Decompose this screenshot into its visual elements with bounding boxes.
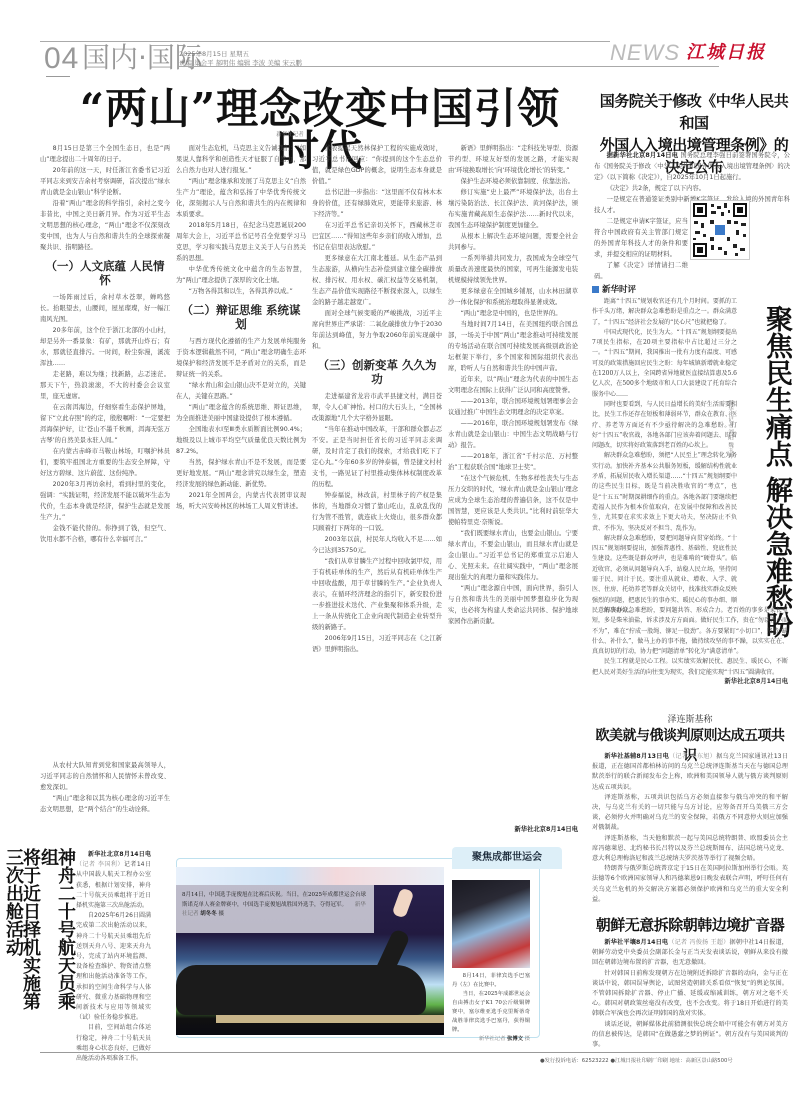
paragraph: ——2016年，联合国环境规划署发布《绿水青山就是金山银山：中国生态文明战略与行… xyxy=(448,418,578,451)
paragraph: “我们既要绿水青山，也要金山银山。宁要绿水青山，不要金山银山，而且绿水青山就是金… xyxy=(448,528,578,583)
paragraph: “万物各得其和以生，各得其养以成。” xyxy=(176,286,306,297)
qr-code-icon[interactable] xyxy=(690,200,750,260)
commentary-body-wide: 解决群众急难愁盼，要问题共答、形成合力。老百姓的事多是家长里短，多是柴米油盐，诉… xyxy=(592,606,788,678)
paragraph: 走进福建省龙岩市武平县捷文村，满目苍翠，令人心旷神怡。村口的大石头上，“全国林改… xyxy=(312,391,442,424)
snooker-caption-text: 8月14日，中国选手庞俊旭在比赛后庆祝。当日，在2025年成都世运会台球斯诺克单… xyxy=(182,892,366,908)
paragraph: 据新华社北京8月14日电 国务院总理李强日前签署国务院令，公布《国务院关于修改〈… xyxy=(594,150,790,183)
ukraine-body: 新华社基辅8月13日电（记者 李东旭）据乌克兰国家通讯社13日报道，正在德国首都… xyxy=(592,752,788,905)
paragraph: 一系列举措共同发力，我国成为全球空气质量改善速度最快的国家，可再生能源发电装机规… xyxy=(448,253,578,286)
ukraine-lead: 新华社基辅8月13日电 xyxy=(604,753,669,760)
paragraph: “当年在推动中国改革，干部和群众都忐忑不安。正是当时担任省长的习近平同志来调研，… xyxy=(312,424,442,490)
paragraph: ——2018年，浙江省“千村示范、万村整治”工程获联合国“地球卫士奖”。 xyxy=(448,451,578,473)
paragraph: 修订实施“史上最严”环境保护法，出台土壤污染防治法、长江保护法、黄河保护法，颁布… xyxy=(448,187,578,231)
paragraph: “两山”理念是中国的，也是世界的。 xyxy=(448,308,578,319)
kickboxing-caption: 8月14日，菲律宾选手巴塞丹（左）在比赛中。 当日，在2025年成都世运会自由搏… xyxy=(452,972,530,1044)
paragraph: 面对生态危机，马克思主义告诫我们：“如果说人靠科学和创造性天才征服了自然力，那么… xyxy=(176,143,306,176)
shenzhou-headline-col-1: 神舟二十号航天员乘组 xyxy=(40,848,74,1023)
page-number-underline xyxy=(46,76,70,77)
shenzhou-headline: 神舟二十号航天员乘组 将于近日择机实施第三次出舱活动 xyxy=(40,848,74,1023)
credit-prefix: 新华社记者 xyxy=(479,1036,506,1042)
paragraph-text: 记者14日从中国载人航天工程办公室获悉，根据计划安排，神舟二十号航天员乘组将于近… xyxy=(76,861,151,909)
main-article-column-3: 代表提起天然林保护工程的实施成效时，习近平总书记回应：“你提到的这个生态总价值，… xyxy=(312,143,442,838)
footer-info: ●发行投诉电话：62523222 ●江城日报社印刷厂印刷 地址：高新区景山路50… xyxy=(540,1056,733,1064)
paragraph: 新华社平壤8月14日电（记者 冯俊扬 王超）据朝中社14日报道，朝鲜劳动党中央委… xyxy=(592,938,788,969)
nk-lead: 新华社平壤8月14日电 xyxy=(604,939,668,946)
paragraph: 特朗普与俄罗斯总统普京定于15日在美国阿拉斯加州举行会晤。英法德等6个欧洲国家领… xyxy=(592,864,788,905)
paragraph: 二是规定申请K字签证，应当符合中国政府有关主管部门规定的外国青年科技人才的条件和… xyxy=(594,216,688,260)
nk-reporter: （记者 冯俊扬 王超） xyxy=(668,939,729,946)
main-article-dateline: 新华社北京8月14日电 xyxy=(448,824,578,833)
paragraph: 2006年9月15日，习近平同志在《之江新语》里鲜明指出。 xyxy=(312,633,442,655)
ukraine-reporter: （记者 李东旭） xyxy=(669,753,716,760)
paragraph: 了解《决定》详情请扫二维码。 xyxy=(594,260,688,282)
paragraph: 全国地表水Ⅰ至Ⅲ类水质断面比例90.4%；地级及以上城市平均空气质量优良天数比例… xyxy=(176,424,306,457)
paragraph: 走老路，难以为继；找新路，忐忑迷茫。那天下午，热浪滚滚，不大的村委会会议室里，座… xyxy=(40,369,170,402)
paragraph: 当日，在2025年成都世运会自由搏击女子K1 70公斤级铜牌赛中，塞尔维亚选手克… xyxy=(452,990,530,1035)
page-number: 04 xyxy=(44,44,79,74)
paragraph: “在这个气候危机、生物多样性丧失与生态压力交织的时代，‘绿水青山就是金山银山’理… xyxy=(448,473,578,528)
shenzhou-body: 新华社北京8月14日电（记者 李国利）记者14日从中国载人航天工程办公室获悉，根… xyxy=(76,850,151,1064)
paragraph: 针对韩国日前称发现朝方在边境附近拆除扩音器的动向，金与正在谈话中说，韩国误导舆论… xyxy=(592,969,788,1020)
main-article-column-1-end: 从农村大队知青到党和国家最高领导人，习近平同志的自然情怀和人民情怀未曾改变、愈发… xyxy=(40,760,170,838)
commentary-tag-label: 新华时评 xyxy=(602,283,636,295)
shenzhou-headline-col-2: 将于近日择机实施第三次出舱活动 xyxy=(5,848,39,1023)
paragraph: 从农村大队知青到党和国家最高领导人，习近平同志的自然情怀和人民情怀未曾改变、愈发… xyxy=(40,760,170,793)
paragraph: 20多年前，这个位于浙江北部的小山村，却是另外一番景象：有矿，那就开山炸石；有水… xyxy=(40,325,170,369)
paragraph: “两山”理念继承和发展了马克思主义“自然生产力”理论，蕴含和弘扬了中华优秀传统文… xyxy=(176,176,306,220)
paragraph: 在云南洱海边，仔细察看生态保护屏地，留下“立此存照”的约定，殷殷嘱咐：“一定要把… xyxy=(40,402,170,446)
world-games-tab: 聚焦成都世运会 xyxy=(452,847,562,869)
decree-lead: 据新华社北京8月14日电 xyxy=(607,152,679,159)
commentary-dateline: 新华社北京8月14日电 xyxy=(592,676,788,685)
paragraph: 泽连斯基称，当天他和默茨一起与美国总统特朗普、欧盟委员会主席冯德莱恩、北约秘书长… xyxy=(592,834,788,865)
paragraph: 距离“十四五”规划收官还有几个月时间。要抓的工作千头万绪，解决群众急难愁盼是重点… xyxy=(592,297,737,328)
credit-name: 张博文 xyxy=(507,1036,523,1042)
snooker-credit-name: 胡冬冬 xyxy=(200,911,217,917)
paragraph: 保护生态环境必须依靠制度、依靠法治。 xyxy=(448,176,578,187)
commentary-tag: 新华时评 xyxy=(592,283,636,295)
kickboxing-photo xyxy=(452,880,530,968)
paragraph: 总书记进一步指出：“这里面不仅有林木本身的价值，还有绿肺效应，更能带来旅游、林下… xyxy=(312,187,442,220)
section-heading: （一）人文底蕴 人民情怀 xyxy=(40,259,170,287)
paragraph: 新华社基辅8月13日电（记者 李东旭）据乌克兰国家通讯社13日报道，正在德国首都… xyxy=(592,752,788,793)
main-article-column-4: 新语》里鲜明指出：“走科技先导型、资源节约型、环境友好型的发展之路，才能实现由‘… xyxy=(448,143,578,838)
paragraph: 民生工程就是民心工程。以实绩实效解民忧、惠民生、暖民心，不断把人民对美好生活的向… xyxy=(592,657,788,678)
paragraph: 当然，保护绿水青山不是不发展，而是要更好地发展。“两山”理念讲究以绿生金，塑造经… xyxy=(176,457,306,490)
snooker-caption: 8月14日，中国选手庞俊旭在比赛后庆祝。当日，在2025年成都世运会台球斯诺克单… xyxy=(176,885,374,933)
paragraph: 泽连斯基称，五项共识包括乌方必须直接参与俄乌冲突的和平解决，与乌克兰有关的一切只… xyxy=(592,793,788,834)
paragraph: 新华社北京8月14日电（记者 李国利）记者14日从中国载人航天工程办公室获悉，根… xyxy=(76,850,151,911)
paragraph: “我们从草甘膦生产过程中回收氯甲烷，用于有机硅单体的生产，然后从有机硅单体生产中… xyxy=(312,556,442,633)
paragraph: 金钱不能代替的。你挣到了钱，但空气、饮用水都不合格，哪有什么幸福可言。” xyxy=(40,523,170,545)
paragraph: 更多绿意在全国城乡铺展，山水林田湖草沙一体化保护和系统治理取得显著成效。 xyxy=(448,286,578,308)
paragraph: 同时也要看到，与人民日益增长的美好生活需要相比，民生工作还存在短板和薄弱环节，群… xyxy=(592,400,737,451)
shenzhou-lead: 新华社北京8月14日电 xyxy=(88,851,151,858)
issue-date: 2025年8月15日 星期五 xyxy=(179,50,249,58)
section-heading: （三）创新变革 久久为功 xyxy=(312,358,442,386)
decree-headline-line-1: 国务院关于修改《中华人民共和国 xyxy=(596,90,792,134)
paragraph: “两山”理念蕴含的系统思维、辩证思维，为全面推进美丽中国建设提供了根本遵循。 xyxy=(176,402,306,424)
news-logo: NEWS xyxy=(610,42,680,64)
paragraph: 一场阵雨过后，余村草木苍翠，蝉鸣悠长。抬眼望去，山腰间，屋星璨璨，好一幅江南风光… xyxy=(40,292,170,325)
commentary-headline: 聚焦民生痛点 解决急难愁盼 xyxy=(742,305,792,638)
paragraph: 20年前的这一天，时任浙江省委书记习近平同志来到安吉余村考察调研，首次提出“绿水… xyxy=(40,165,170,198)
victory-hand xyxy=(392,887,415,918)
commentary-byline: 新华社记者 刘阳 魏玉坤 xyxy=(727,400,733,459)
player-figure xyxy=(176,965,426,1015)
masthead-bottom-rule xyxy=(179,66,719,67)
paragraph: 在内蒙古赤峰市马鞍山林场，叮嘱护林员们，要筑牢祖国北方重要的生态安全屏障，守好这… xyxy=(40,446,170,479)
paragraph: 2018年5月18日，在纪念马克思诞辰200周年大会上，习近平总书记号召全党要学… xyxy=(176,220,306,264)
paragraph: 《决定》共2条，规定了以下内容。 xyxy=(594,183,790,194)
paragraph: 2003年以前，村民年人均收入不足……如今已达到35750元。 xyxy=(312,534,442,556)
paragraph: 2021年全国两会，内蒙古代表团审议现场，听大兴安岭林区的林场工人周义哲讲述。 xyxy=(176,490,306,512)
bottom-rule xyxy=(40,1052,720,1053)
north-korea-body: 新华社平壤8月14日电（记者 冯俊扬 王超）据朝中社14日报道，朝鲜劳动党中央委… xyxy=(592,938,788,1050)
paragraph: 中国式现代化，民生为大。“十四五”规划纲要提出7项民生指标，在20项主要指标中占… xyxy=(592,328,737,400)
paragraph: 沿着“两山”理念的科学指引，余村之变今非昔比，中国之美日新月异。作为习近平生态文… xyxy=(40,198,170,253)
credit-suffix: 摄 xyxy=(525,1036,530,1042)
paragraph: 当地时间7月14日，在美国纽约联合国总部，一场关于中国“两山”理念推动可持续发展… xyxy=(448,319,578,374)
paragraph: 解决群众急难愁盼，要把问题导向贯穿始终。“十四五”规划纲要提出，加强普惠性、基础… xyxy=(592,534,737,616)
newspaper-brand-logo: 江城日报 xyxy=(686,44,766,62)
paragraph: “两山”理念和以其为核心理念的习近平生态文明思想，是“两个结合”的生动诠释。 xyxy=(40,793,170,815)
paragraph: 8月15日是第三个全国生态日，也是“两山”理念提出二十周年的日子。 xyxy=(40,143,170,165)
paragraph: ——2013年，联合国环境规划署理事会会议通过推广中国生态文明理念的决定草案。 xyxy=(448,396,578,418)
paragraph: 近年来，以“两山”理念为代表的中国生态文明理念在国际上获得广泛认同和高度赞誉。 xyxy=(448,374,578,396)
paragraph: “绿水青山和金山银山决不是对立的，关键在人，关键在思路。” xyxy=(176,380,306,402)
photo-banner xyxy=(176,867,444,885)
paragraph: 在习近平总书记亲切关怀下，西藏林芝市巴宜区……“得知这些年乡亲们的收入增加，总书… xyxy=(312,220,442,253)
paragraph: 解决群众急难愁盼，要问题共答、形成合力。老百姓的事多是家长里短，多是柴米油盐，诉… xyxy=(592,606,788,657)
kickboxing-credit: 新华社记者 张博文 摄 xyxy=(452,1035,530,1044)
shenzhou-reporter: （记者 李国利） xyxy=(76,861,124,868)
paragraph: 2020年3月再访余村，看到村里的变化，强调：“实践证明，经济发展不能以破坏生态… xyxy=(40,479,170,523)
section-heading: （二）辩证思维 系统谋划 xyxy=(176,303,306,331)
main-article-column-2: 面对生态危机，马克思主义告诫我们：“如果说人靠科学和创造性天才征服了自然力，那么… xyxy=(176,143,306,838)
snooker-table-edge xyxy=(216,1015,444,1023)
paragraph: 从根本上解决生态环境问题，需要全社会共同参与。 xyxy=(448,231,578,253)
paragraph: 与西方现代化遵循的生产力发展单纯服务于资本逻辑截然不同，“两山”理念明确生态环境… xyxy=(176,336,306,380)
main-article-column-1: 8月15日是第三个全国生态日，也是“两山”理念提出二十周年的日子。 20年前的这… xyxy=(40,143,170,749)
north-korea-headline: 朝鲜无意拆除朝韩边境扩音器 xyxy=(592,914,788,935)
paragraph: 目前，空间站组合体运行稳定，神舟二十号航天员乘组身心状态良好，已做好出舱活动各项… xyxy=(76,1023,151,1064)
paragraph: 中华优秀传统文化中蕴含的生态智慧，为“两山”理念提供了深厚的文化土壤。 xyxy=(176,264,306,286)
snooker-credit-suffix: 摄 xyxy=(219,911,225,917)
paragraph: 代表提起天然林保护工程的实施成效时，习近平总书记回应：“你提到的这个生态总价值，… xyxy=(312,143,442,187)
paragraph: 更多绿意在大江南北蔓延。从生态产品到生态旅游，从横向生态补偿到建立健全碳排放权、… xyxy=(312,253,442,308)
commentary-body: 距离“十四五”规划收官还有几个月时间。要抓的工作千头万绪，解决群众急难愁盼是重点… xyxy=(592,297,737,616)
main-byline: 新华社记者 xyxy=(0,130,580,138)
paragraph: 面对全球气候变暖的严峻挑战，习近平主席向世界庄严承诺：二氧化碳排放力争于2030… xyxy=(312,308,442,352)
paragraph: 谈话还说，朝鲜媒体此前猜测很快总统会晤中可能会有朝方对美方的信息被传达，是韩国“… xyxy=(592,1020,788,1051)
snooker-photo: 8月14日，中国选手庞俊旭在比赛后庆祝。当日，在2025年成都世运会台球斯诺克单… xyxy=(176,867,444,1035)
paragraph: 8月14日，菲律宾选手巴塞丹（左）在比赛中。 xyxy=(452,972,530,990)
paragraph: “两山”理念源自中国，面向世界，指引人与自然和谐共生的美丽中国梦想稳步化为现实，… xyxy=(448,583,578,627)
ukraine-subheadline: 泽连斯基称 xyxy=(592,712,788,725)
paragraph: 解决群众急难愁盼，须把“人民至上”理念转化为务实行动。加快补齐基本公共服务短板，… xyxy=(592,451,737,533)
blue-square-icon xyxy=(592,286,599,293)
paragraph: 新语》里鲜明指出：“走科技先导型、资源节约型、环境友好型的发展之路，才能实现由‘… xyxy=(448,143,578,176)
paragraph: 自2025年6月26日圆满完成第二次出舱活动以来，神舟二十号航天员乘组先后送别天… xyxy=(76,911,151,1023)
paragraph: 钟泰福说，林改前，村里林子的产权是集体的，当地群众习惯了靠山吃山，乱砍乱伐的行为… xyxy=(312,490,442,534)
